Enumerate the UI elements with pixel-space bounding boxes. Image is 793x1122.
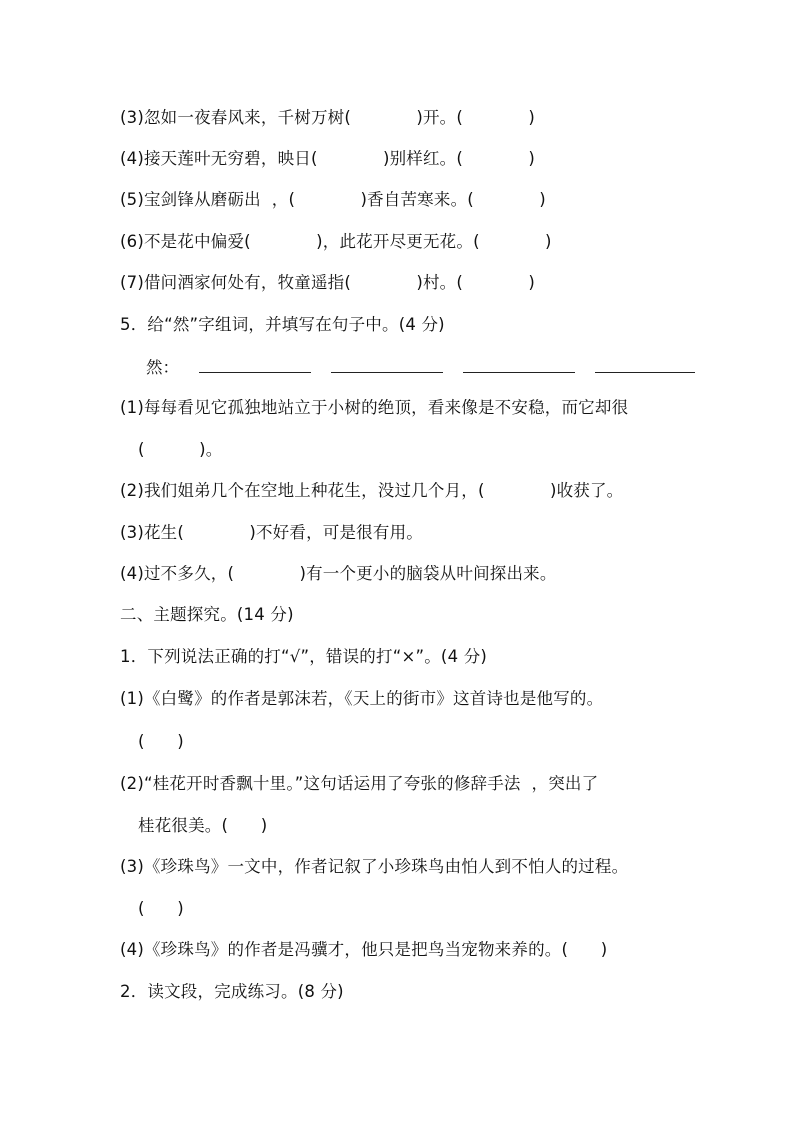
section2-q1-title: 1．下列说法正确的打“√”，错误的打“×”。(4 分) bbox=[120, 646, 487, 668]
fill-label: 然： bbox=[146, 358, 179, 377]
tf-item-4: (4)《珍珠鸟》的作者是冯骥才，他只是把鸟当宠物来养的。( ) bbox=[120, 939, 607, 961]
answer-blank-2[interactable] bbox=[331, 356, 443, 373]
q5-item-3: (3)花生( )不好看，可是很有用。 bbox=[120, 522, 423, 544]
poetry-item-6: (6)不是花中偏爱( )，此花开尽更无花。( ) bbox=[120, 231, 552, 253]
poetry-item-7: (7)借问酒家何处有，牧童遥指( )村。( ) bbox=[120, 272, 535, 294]
word-formation-row: 然： bbox=[146, 356, 695, 379]
poetry-item-4: (4)接天莲叶无穷碧，映日( )别样红。( ) bbox=[120, 148, 535, 170]
q5-item-1: (1)每每看见它孤独地站立于小树的绝顶，看来像是不安稳，而它却很 bbox=[120, 397, 628, 419]
q5-item-1-cont: ( )。 bbox=[138, 439, 222, 461]
tf-item-2: (2)“桂花开时香飘十里。”这句话运用了夸张的修辞手法 ，突出了 bbox=[120, 773, 598, 795]
answer-blank-1[interactable] bbox=[199, 356, 311, 373]
poetry-item-3: (3)忽如一夜春风来，千树万树( )开。( ) bbox=[120, 107, 535, 129]
answer-blank-4[interactable] bbox=[595, 356, 695, 373]
tf-item-1-answer: ( ) bbox=[138, 731, 184, 753]
section2-q2-title: 2．读文段，完成练习。(8 分) bbox=[120, 981, 344, 1003]
tf-item-1: (1)《白鹭》的作者是郭沫若，《天上的街市》这首诗也是他写的。 bbox=[120, 688, 603, 710]
tf-item-2-cont: 桂花很美。( ) bbox=[138, 815, 267, 837]
answer-blank-3[interactable] bbox=[463, 356, 575, 373]
tf-item-3-answer: ( ) bbox=[138, 898, 184, 920]
question-5-title: 5．给“然”字组词，并填写在句子中。(4 分) bbox=[120, 314, 445, 336]
q5-item-4: (4)过不多久，( )有一个更小的脑袋从叶间探出来。 bbox=[120, 563, 557, 585]
tf-item-3: (3)《珍珠鸟》一文中，作者记叙了小珍珠鸟由怕人到不怕人的过程。 bbox=[120, 856, 628, 878]
section-2-title: 二、主题探究。(14 分) bbox=[120, 604, 294, 626]
poetry-item-5: (5)宝剑锋从磨砺出 ，( )香自苦寒来。( ) bbox=[120, 189, 546, 211]
q5-item-2: (2)我们姐弟几个在空地上种花生，没过几个月，( )收获了。 bbox=[120, 480, 623, 502]
